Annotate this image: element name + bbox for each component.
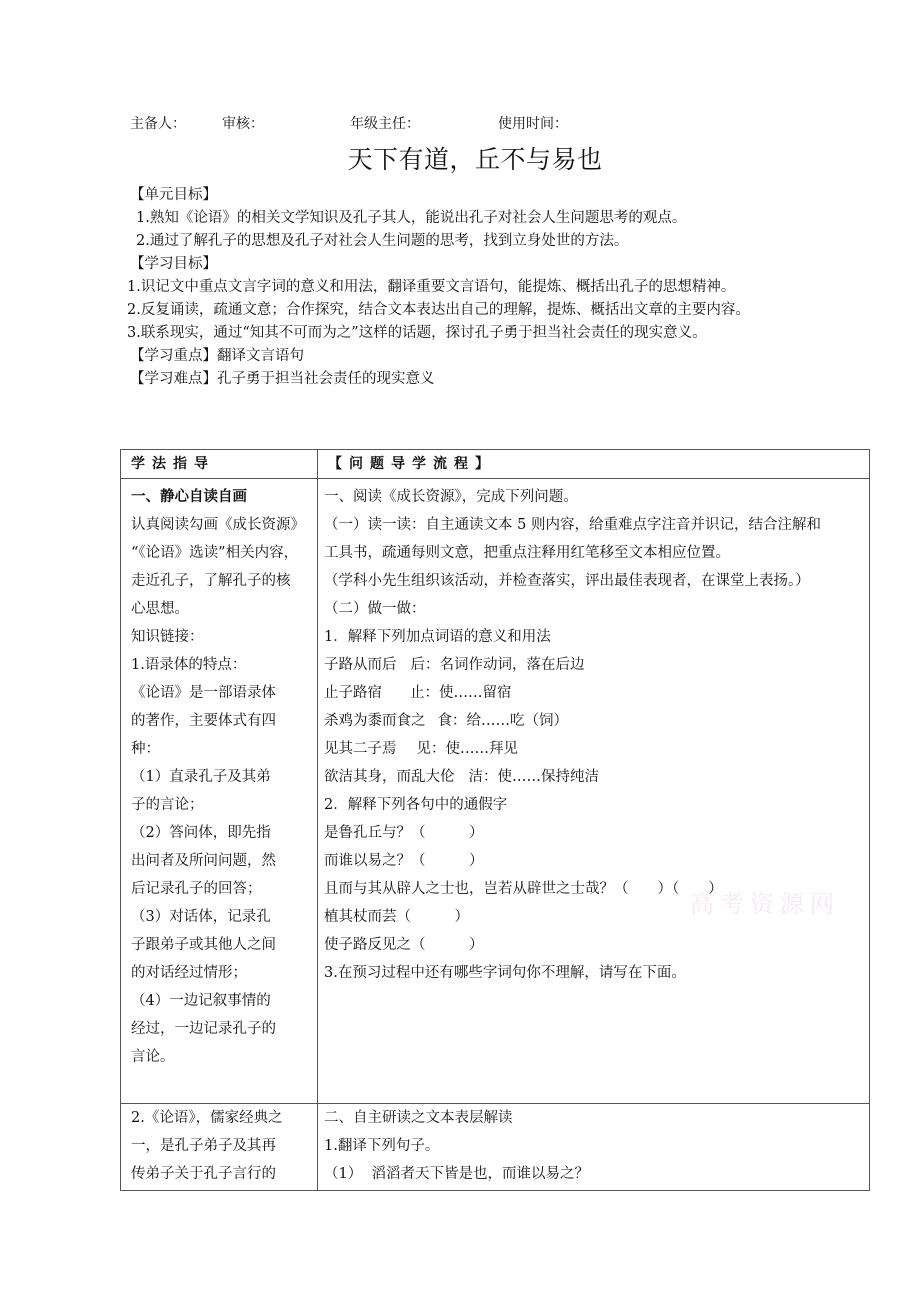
guidance-line: 经过，一边记录孔子的 bbox=[131, 1015, 313, 1043]
guided-learning-table: 学法指导 【问题导学流程】 一、静心自读自画 认真阅读勾画《成长资源》 “《论语… bbox=[120, 449, 870, 1191]
read-task: （一）读一读：自主通读文本 5 则内容，给重难点字注音并识记，结合注解和 bbox=[324, 511, 863, 539]
guidance-line: 的对话经过情形； bbox=[131, 959, 313, 987]
q1-gloss: 止：使……留宿 bbox=[410, 685, 512, 701]
guidance-line: （3）对话体，记录孔 bbox=[131, 903, 313, 931]
learning-goals-heading: 【学习目标】 bbox=[130, 253, 810, 276]
use-time-label: 使用时间： bbox=[498, 114, 568, 134]
q1-item: 欲洁其身，而乱大伦洁：使……保持纯洁 bbox=[324, 763, 863, 791]
guidance-line: 种： bbox=[131, 735, 313, 763]
learning-goal-item: 2.反复诵读，疏通文意；合作探究，结合文本表达出自己的理解，提炼、概括出文章的主… bbox=[127, 299, 792, 322]
read-task-cont: 工具书，疏通每则文意，把重点注释用红笔移至文本相应位置。 bbox=[324, 539, 863, 567]
objectives-section: 【单元目标】 1.熟知《论语》的相关文学知识及孔子其人，能说出孔子对社会人生问题… bbox=[130, 184, 810, 391]
learning-goal-item: 1.识记文中重点文言字词的意义和用法，翻译重要文言语句，能提炼、概括出孔子的思想… bbox=[127, 276, 810, 299]
q3-title: 3.在预习过程中还有哪些字词句你不理解，请写在下面。 bbox=[324, 959, 863, 987]
header-study-method: 学法指导 bbox=[121, 450, 318, 479]
grade-head-label: 年级主任： bbox=[350, 114, 420, 134]
guidance-line: 的著作，主要体式有四 bbox=[131, 707, 313, 735]
guidance-line: 子跟弟子或其他人之间 bbox=[131, 931, 313, 959]
q1-gloss: 洁：使……保持纯洁 bbox=[469, 769, 600, 785]
q1-title: 1．解释下列加点词语的意义和用法 bbox=[324, 623, 863, 651]
q2-title: 2．解释下列各句中的通假字 bbox=[324, 791, 863, 819]
difficult-point-text: 孔子勇于担当社会责任的现实意义 bbox=[217, 371, 435, 387]
part2-title: 二、自主研读之文本表层解读 bbox=[324, 1104, 863, 1132]
table-row: 一、静心自读自画 认真阅读勾画《成长资源》 “《论语》选读”相关内容， 走近孔子… bbox=[121, 479, 870, 1104]
guidance-line: 1.语录体的特点： bbox=[131, 651, 313, 679]
key-point-label: 【学习重点】 bbox=[130, 348, 217, 364]
unit-goal-item: 2.通过了解孔子的思想及孔子对社会人生问题的思考，找到立身处世的方法。 bbox=[130, 230, 810, 253]
guidance-line: 传弟子关于孔子言行的 bbox=[131, 1160, 313, 1188]
section-title: 一、静心自读自画 bbox=[131, 483, 313, 511]
watermark: 高考资源网 bbox=[690, 884, 840, 919]
guidance-line: 知识链接： bbox=[131, 623, 313, 651]
q1-sentence: 欲洁其身，而乱大伦 bbox=[324, 769, 455, 785]
document-page: 主备人： 审核： 年级主任： 使用时间： 天下有道，丘不与易也 【单元目标】 1… bbox=[0, 0, 920, 1302]
q1-gloss: 后：名词作动词，落在后边 bbox=[411, 657, 585, 673]
learning-goal-item: 3.联系现实，通过“知其不可而为之”这样的话题，探讨孔子勇于担当社会责任的现实意… bbox=[127, 322, 810, 345]
do-task: （二）做一做： bbox=[324, 595, 863, 623]
guidance-line: 言论。 bbox=[131, 1043, 313, 1071]
difficult-point: 【学习难点】孔子勇于担当社会责任的现实意义 bbox=[130, 368, 810, 391]
q1-item: 止子路宿止：使……留宿 bbox=[324, 679, 863, 707]
unit-goal-item: 1.熟知《论语》的相关文学知识及孔子其人，能说出孔子对社会人生问题思考的观点。 bbox=[130, 207, 810, 230]
translate-title: 1.翻译下列句子。 bbox=[324, 1132, 863, 1160]
q1-sentence: 杀鸡为黍而食之 bbox=[324, 713, 426, 729]
guidance-line: （4）一边记叙事情的 bbox=[131, 987, 313, 1015]
part1-title: 一、阅读《成长资源》，完成下列问题。 bbox=[324, 483, 863, 511]
difficult-point-label: 【学习难点】 bbox=[130, 371, 217, 387]
question-flow-cell: 二、自主研读之文本表层解读 1.翻译下列句子。 （1） 滔滔者天下皆是也，而谁以… bbox=[318, 1104, 870, 1191]
table-header-row: 学法指导 【问题导学流程】 bbox=[121, 450, 870, 479]
unit-goals-heading: 【单元目标】 bbox=[130, 184, 810, 207]
q2-item: 而谁以易之？（ ） bbox=[324, 847, 863, 875]
guidance-line: 出问者及所问问题，然 bbox=[131, 847, 313, 875]
guidance-line: 后记录孔子的回答； bbox=[131, 875, 313, 903]
guidance-line: 一，是孔子弟子及其再 bbox=[131, 1132, 313, 1160]
q1-gloss: 见：使……拜见 bbox=[417, 741, 519, 757]
translate-item: （1） 滔滔者天下皆是也，而谁以易之？ bbox=[324, 1160, 863, 1188]
q1-sentence: 止子路宿 bbox=[324, 685, 382, 701]
guidance-line: 走近孔子，了解孔子的核 bbox=[131, 567, 313, 595]
read-note: （学科小先生组织该活动，并检查落实，评出最佳表现者，在课堂上表扬。） bbox=[324, 567, 863, 595]
q1-item: 杀鸡为黍而食之食：给……吃（饲） bbox=[324, 707, 863, 735]
page-title: 天下有道，丘不与易也 bbox=[0, 142, 920, 178]
guidance-line: 2.《论语》，儒家经典之 bbox=[131, 1104, 313, 1132]
q2-item: 使子路反见之（ ） bbox=[324, 931, 863, 959]
header-question-flow: 【问题导学流程】 bbox=[318, 450, 870, 479]
guidance-line: （2）答问体，即先指 bbox=[131, 819, 313, 847]
guidance-line: “《论语》选读”相关内容， bbox=[131, 539, 313, 567]
q1-sentence: 见其二子焉 bbox=[324, 741, 397, 757]
q2-item: 是鲁孔丘与？（ ） bbox=[324, 819, 863, 847]
key-point-text: 翻译文言语句 bbox=[217, 348, 304, 364]
guidance-line: 心思想。 bbox=[131, 595, 313, 623]
guidance-line: （1）直录孔子及其弟 bbox=[131, 763, 313, 791]
study-guidance-cell: 一、静心自读自画 认真阅读勾画《成长资源》 “《论语》选读”相关内容， 走近孔子… bbox=[121, 479, 318, 1104]
guidance-line: 《论语》是一部语录体 bbox=[131, 679, 313, 707]
guidance-line: 认真阅读勾画《成长资源》 bbox=[131, 511, 313, 539]
q1-item: 子路从而后后：名词作动词，落在后边 bbox=[324, 651, 863, 679]
reviewer-label: 审核： bbox=[222, 114, 264, 134]
guidance-line: 子的言论； bbox=[131, 791, 313, 819]
preparer-label: 主备人： bbox=[130, 114, 186, 134]
table-row: 2.《论语》，儒家经典之 一，是孔子弟子及其再 传弟子关于孔子言行的 二、自主研… bbox=[121, 1104, 870, 1191]
key-point: 【学习重点】翻译文言语句 bbox=[130, 345, 810, 368]
q1-sentence: 子路从而后 bbox=[324, 657, 397, 673]
study-guidance-cell: 2.《论语》，儒家经典之 一，是孔子弟子及其再 传弟子关于孔子言行的 bbox=[121, 1104, 318, 1191]
q1-item: 见其二子焉见：使……拜见 bbox=[324, 735, 863, 763]
q1-gloss: 食：给……吃（饲） bbox=[438, 713, 569, 729]
question-flow-cell: 一、阅读《成长资源》，完成下列问题。 （一）读一读：自主通读文本 5 则内容，给… bbox=[318, 479, 870, 1104]
